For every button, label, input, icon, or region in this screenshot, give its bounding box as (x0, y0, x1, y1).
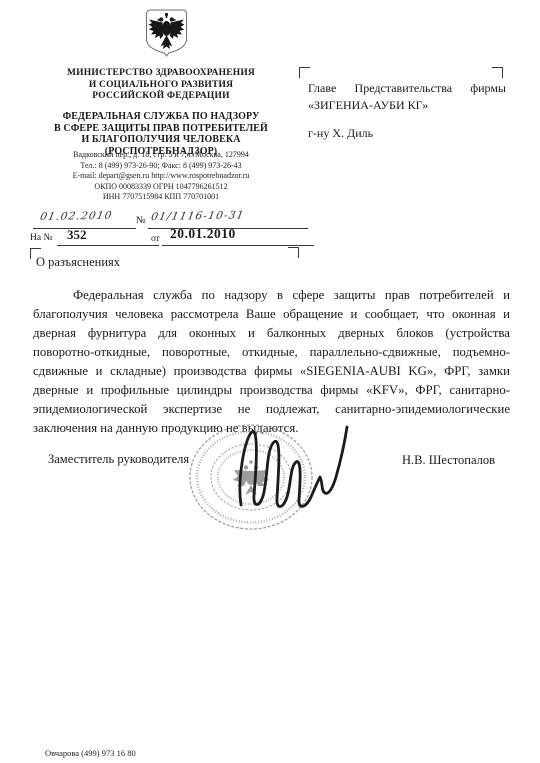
letter-body: Федеральная служба по надзору в сфере за… (33, 286, 510, 438)
body-line: поворотно-откидные, поворотные, откидные… (33, 343, 510, 362)
recipient-corner-mark-left (299, 67, 310, 78)
document-page: МИНИСТЕРСТВО ЗДРАВООХРАНЕНИЯ И СОЦИАЛЬНО… (0, 0, 540, 763)
reply-number-field: 352 (57, 227, 159, 246)
ministry-line: И СОЦИАЛЬНОГО РАЗВИТИЯ (30, 80, 292, 92)
reply-date-field: 20.01.2010 (162, 226, 314, 246)
reply-date-label: от (151, 234, 160, 244)
executor-contact: Овчарова (499) 973 16 80 (45, 748, 136, 758)
agency-line: И БЛАГОПОЛУЧИЯ ЧЕЛОВЕКА (30, 134, 292, 146)
ministry-name: МИНИСТЕРСТВО ЗДРАВООХРАНЕНИЯ И СОЦИАЛЬНО… (30, 68, 292, 103)
russia-coat-of-arms-icon (143, 7, 190, 57)
number-sign-label: № (136, 215, 146, 226)
body-line: сдвижные и складные) производства фирмы … (33, 362, 510, 381)
recipient-line: «ЗИГЕНИА-АУБИ КГ» (308, 97, 506, 114)
subject-line: О разъяснениях (36, 255, 120, 270)
handwritten-signature-icon (233, 417, 368, 519)
outgoing-date-handwritten: 01.02.2010 (39, 210, 114, 223)
signer-title: Заместитель руководителя (48, 452, 189, 467)
agency-line: ФЕДЕРАЛЬНАЯ СЛУЖБА ПО НАДЗОРУ (30, 111, 292, 123)
body-line: благополучия человека рассмотрела Ваше о… (33, 305, 510, 324)
address-line: Тел.: 8 (499) 973-26-90; Факс: 8 (499) 9… (20, 161, 302, 172)
recipient-corner-mark-right (492, 67, 503, 78)
agency-line: В СФЕРЕ ЗАЩИТЫ ПРАВ ПОТРЕБИТЕЛЕЙ (30, 123, 292, 135)
signer-name: Н.В. Шестопалов (402, 453, 495, 468)
recipient-attention: г-ну Х. Диль (308, 125, 506, 142)
ministry-line: МИНИСТЕРСТВО ЗДРАВООХРАНЕНИЯ (30, 68, 292, 80)
recipient-line: Главе Представительства фирмы (308, 80, 506, 97)
address-line: ИНН 7707515984 КПП 770701001 (20, 192, 302, 203)
body-line: дверная фурнитура для оконных и балконны… (33, 324, 510, 343)
address-line: Вадковский пер., д. 18, стр. 5 и 7, г. М… (20, 150, 302, 161)
address-line: E-mail: depart@gsen.ru http://www.rospot… (20, 171, 302, 182)
ministry-line: РОССИЙСКОЙ ФЕДЕРАЦИИ (30, 91, 292, 103)
outgoing-number-handwritten: 01/1116-10-31 (150, 209, 246, 223)
subject-corner-mark-right (288, 247, 299, 258)
body-line: Федеральная служба по надзору в сфере за… (33, 286, 510, 305)
agency-contacts: Вадковский пер., д. 18, стр. 5 и 7, г. М… (20, 150, 302, 203)
body-line: дверные и профильные цилиндры производст… (33, 381, 510, 400)
reply-to-label: На № (30, 233, 53, 243)
recipient-block: Главе Представительства фирмы «ЗИГЕНИА-А… (308, 80, 506, 142)
address-line: ОКПО 00083339 ОГРН 1047796261512 (20, 182, 302, 193)
